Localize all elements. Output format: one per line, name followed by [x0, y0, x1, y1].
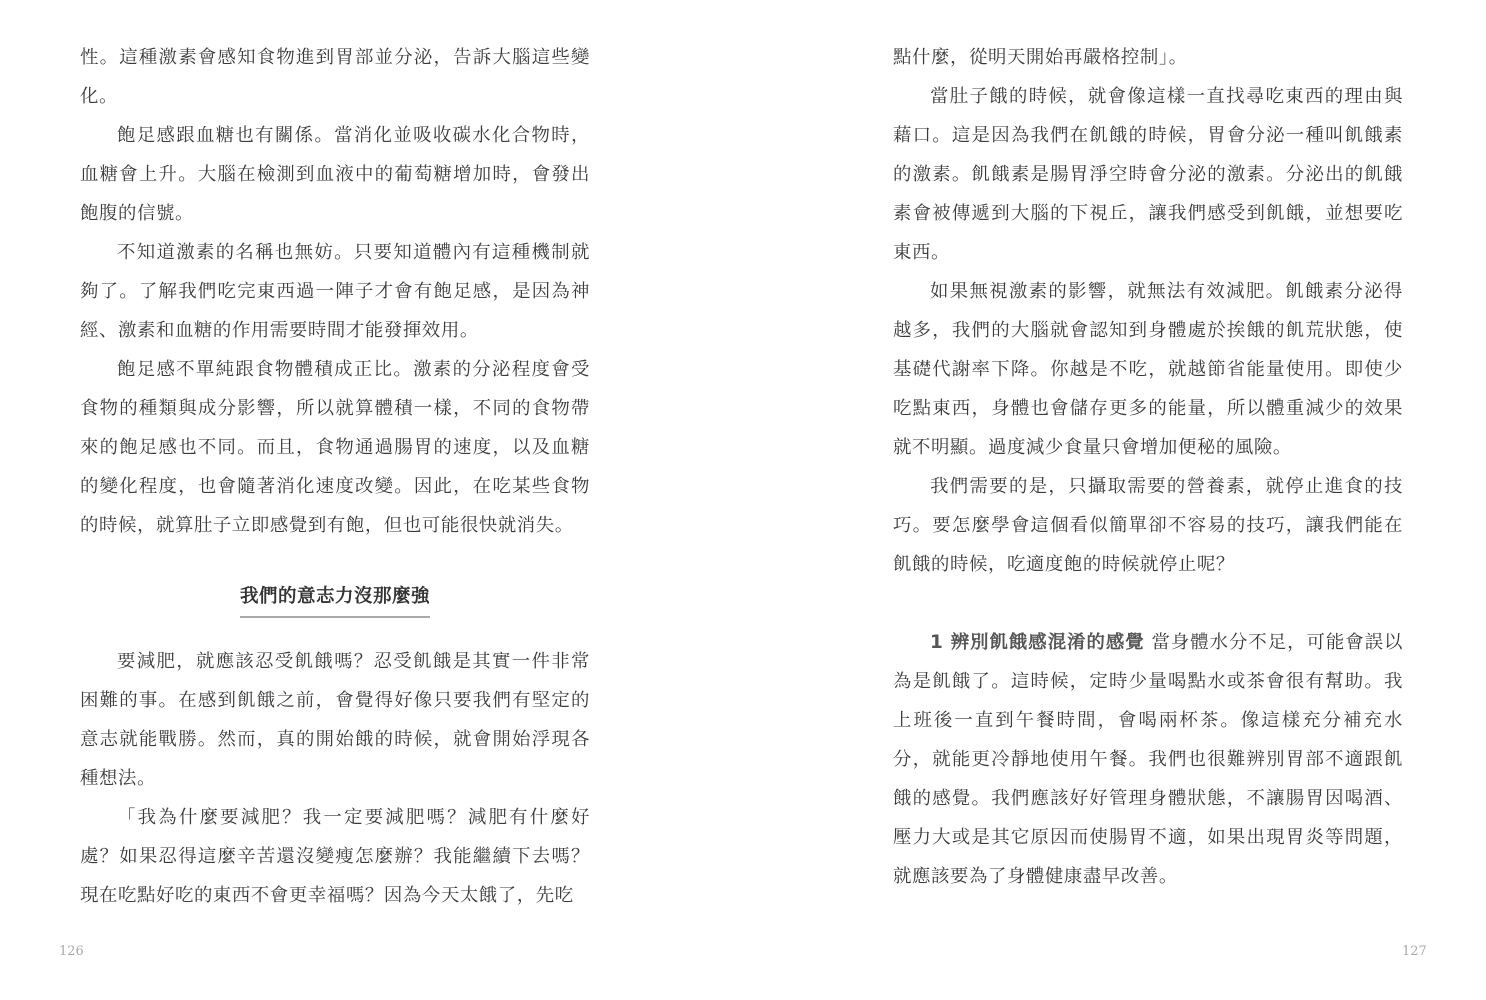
paragraph: 性。這種激素會感知食物進到胃部並分泌，告訴大腦這些變化。 — [80, 38, 590, 116]
paragraph: 如果無視激素的影響，就無法有效減肥。飢餓素分泌得越多，我們的大腦就會認知到身體處… — [893, 272, 1403, 467]
section-heading-container: 我們的意志力沒那麼強 — [80, 577, 590, 618]
numbered-item: 1 辨別飢餓感混淆的感覺 當身體水分不足，可能會誤以為是飢餓了。這時候，定時少量… — [893, 623, 1403, 896]
paragraph: 飽足感跟血糖也有關係。當消化並吸收碳水化合物時，血糖會上升。大腦在檢測到血液中的… — [80, 116, 590, 233]
right-page-body: 點什麼，從明天開始再嚴格控制」。 當肚子餓的時候，就會像這樣一直找尋吃東西的理由… — [893, 38, 1403, 896]
paragraph: 當肚子餓的時候，就會像這樣一直找尋吃東西的理由與藉口。這是因為我們在飢餓的時候，… — [893, 77, 1403, 272]
page-number-left: 126 — [59, 944, 84, 959]
paragraph: 飽足感不單純跟食物體積成正比。激素的分泌程度會受食物的種類與成分影響，所以就算體… — [80, 350, 590, 545]
numbered-item-text: 當身體水分不足，可能會誤以為是飢餓了。這時候，定時少量喝點水或茶會很有幫助。我上… — [893, 632, 1403, 887]
spacer — [893, 584, 1403, 623]
left-page: 性。這種激素會感知食物進到胃部並分泌，告訴大腦這些變化。 飽足感跟血糖也有關係。… — [0, 0, 743, 1000]
paragraph: 我們需要的是，只攝取需要的營養素，就停止進食的技巧。要怎麼學會這個看似簡單卻不容… — [893, 467, 1403, 584]
paragraph: 要減肥，就應該忍受飢餓嗎？忍受飢餓是其實一件非常困難的事。在感到飢餓之前，會覺得… — [80, 642, 590, 798]
paragraph: 不知道激素的名稱也無妨。只要知道體內有這種機制就夠了。了解我們吃完東西過一陣子才… — [80, 233, 590, 350]
section-heading: 我們的意志力沒那麼強 — [240, 582, 430, 618]
right-page: 點什麼，從明天開始再嚴格控制」。 當肚子餓的時候，就會像這樣一直找尋吃東西的理由… — [743, 0, 1486, 1000]
left-page-body: 性。這種激素會感知食物進到胃部並分泌，告訴大腦這些變化。 飽足感跟血糖也有關係。… — [80, 38, 590, 915]
paragraph: 「我為什麼要減肥？我一定要減肥嗎？減肥有什麼好處？如果忍得這麼辛苦還沒變瘦怎麼辦… — [80, 798, 590, 915]
paragraph: 點什麼，從明天開始再嚴格控制」。 — [893, 38, 1403, 77]
page-number-right: 127 — [1402, 944, 1427, 959]
numbered-item-lead: 1 辨別飢餓感混淆的感覺 — [930, 632, 1145, 653]
